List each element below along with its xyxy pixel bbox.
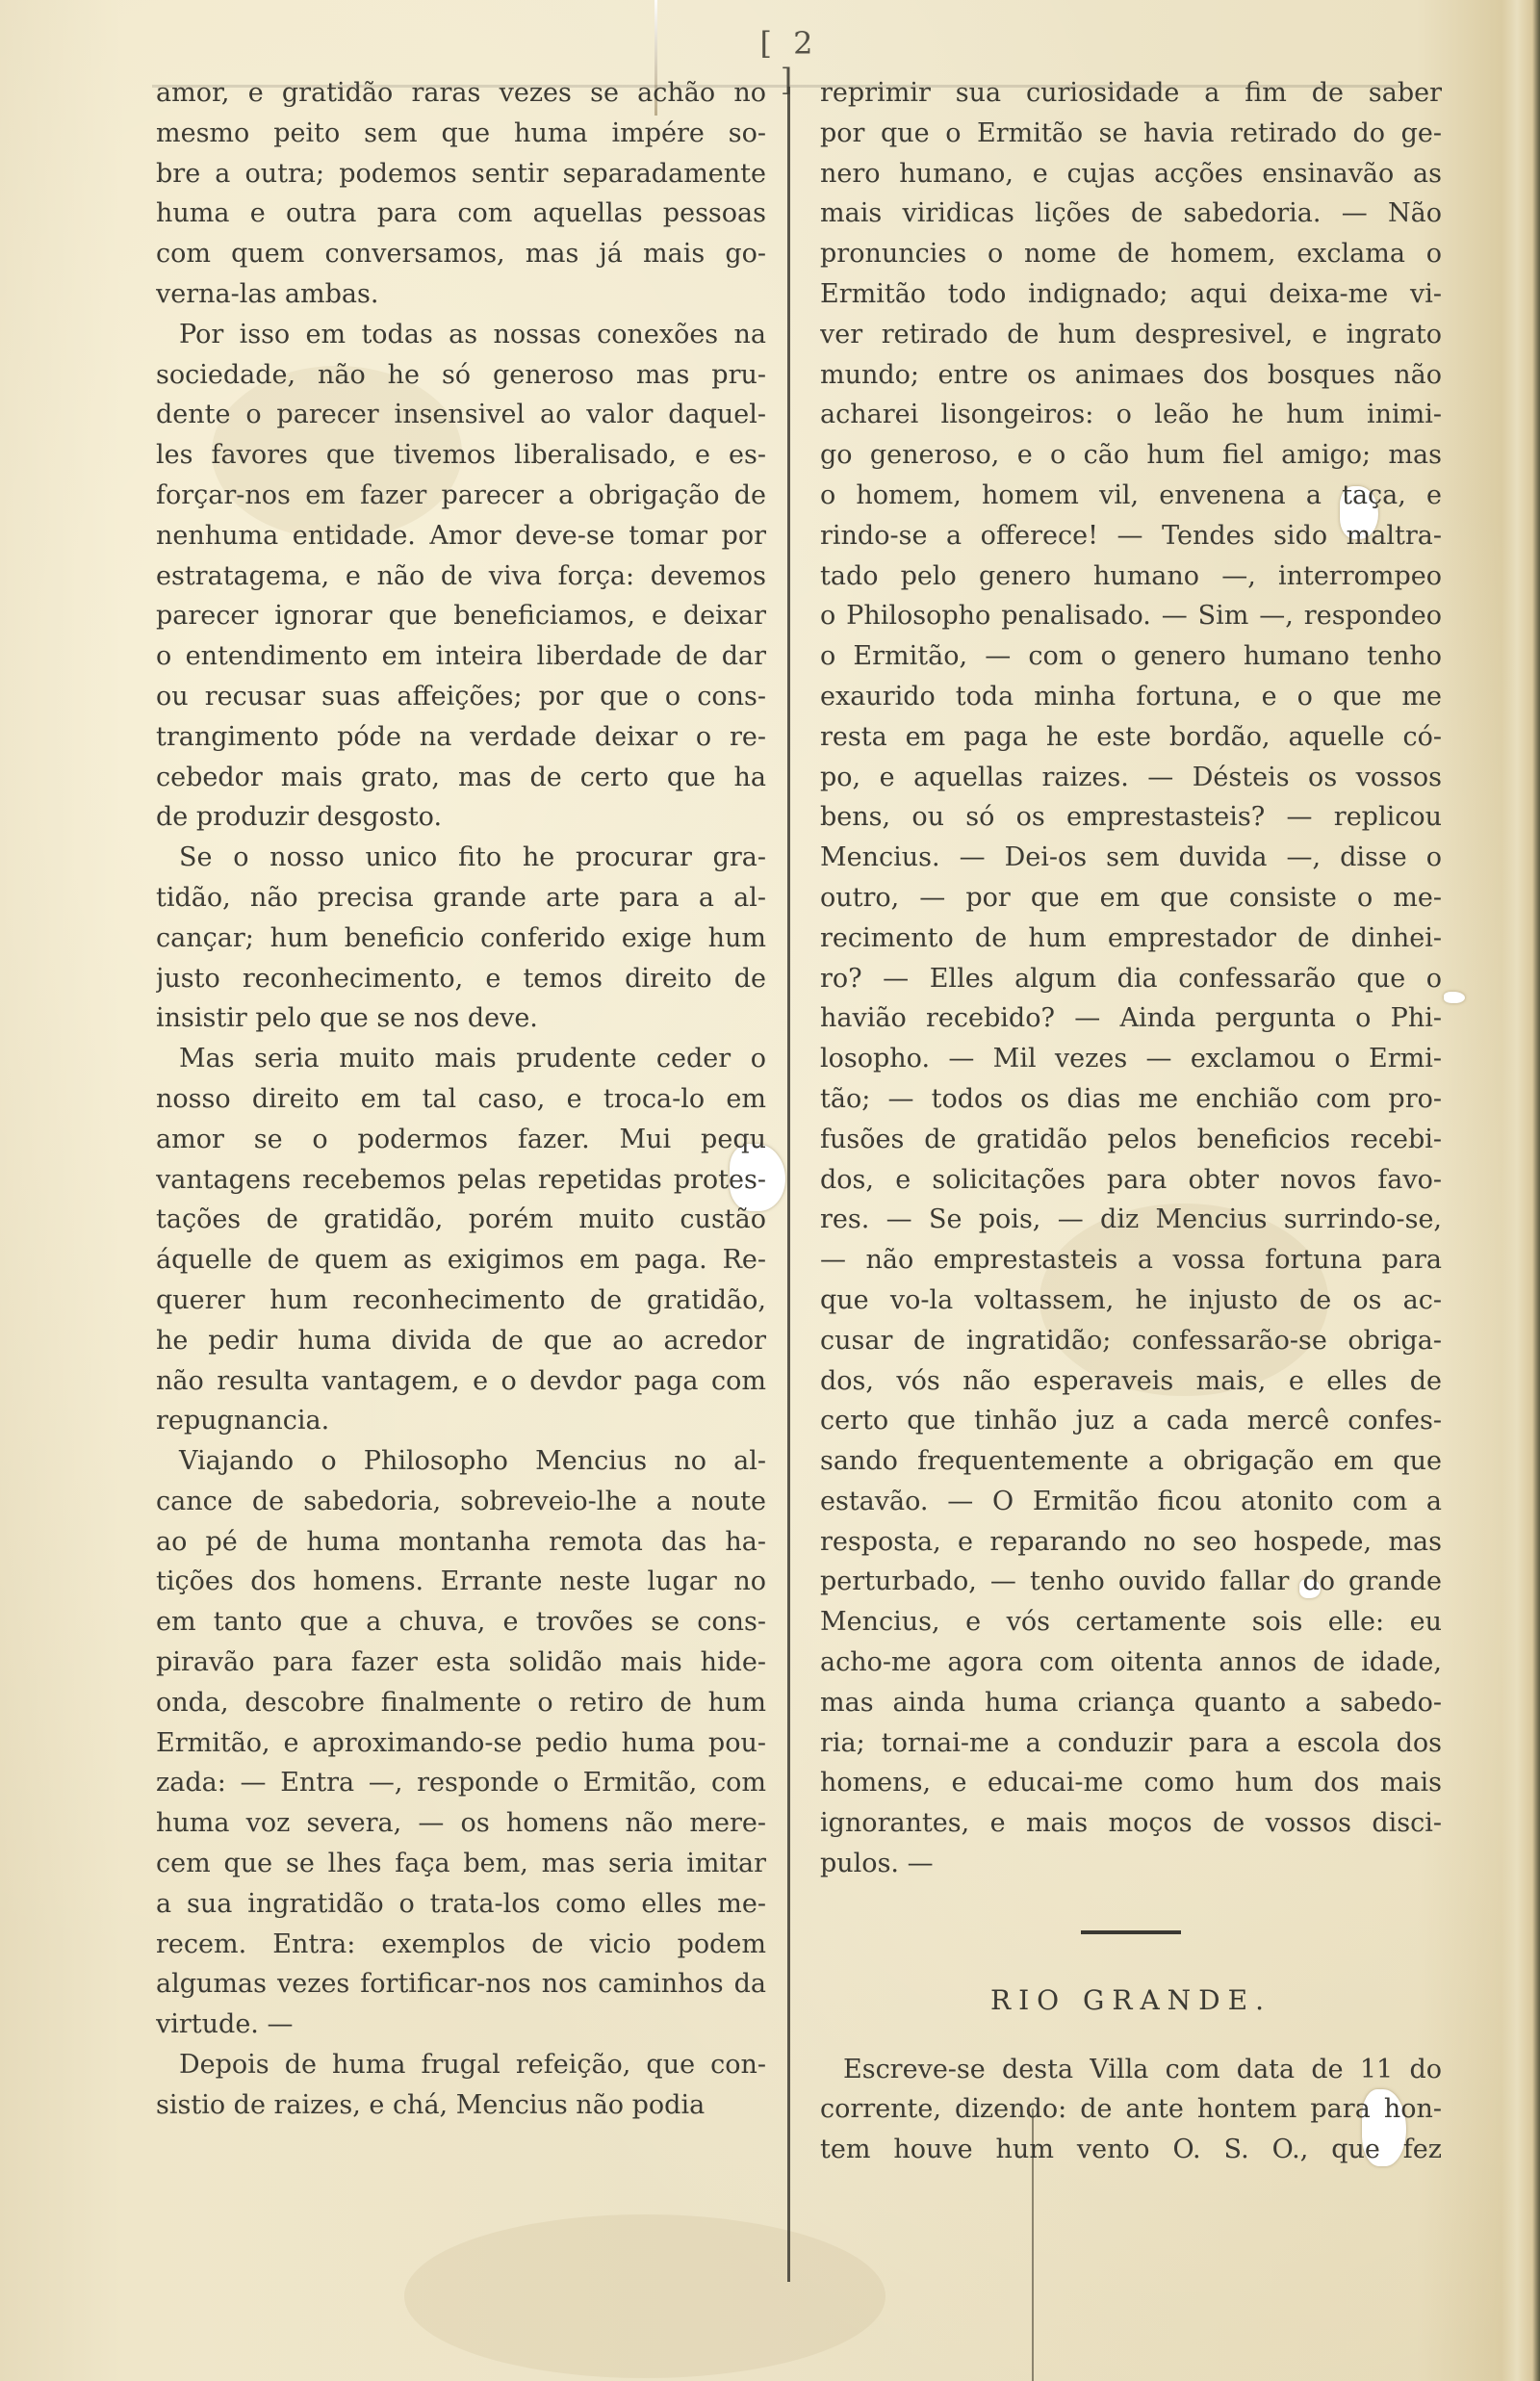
- column-divider: [787, 87, 790, 2282]
- text-line: trangimento póde na verdade deixar o re-: [156, 717, 766, 758]
- text-line: — não emprestasteis a vossa fortuna para: [820, 1240, 1442, 1281]
- text-line: cançar; hum beneficio conferido exige hu…: [156, 919, 766, 959]
- text-line: em tanto que a chuva, e trovões se cons-: [156, 1602, 766, 1643]
- section-heading: RIO GRANDE.: [820, 1980, 1442, 2021]
- text-line: tições dos homens. Errante neste lugar n…: [156, 1562, 766, 1602]
- text-line: amor se o podermos fazer. Mui pequ: [156, 1120, 766, 1160]
- text-line: dente o parecer insensivel ao valor daqu…: [156, 395, 766, 435]
- text-line: res. — Se pois, — diz Mencius surrindo-s…: [820, 1200, 1442, 1240]
- text-line: resta em paga he este bordão, aquelle có…: [820, 717, 1442, 758]
- text-line: Viajando o Philosopho Mencius no al-: [156, 1441, 766, 1482]
- text-line: les favores que tivemos liberalisado, e …: [156, 435, 766, 476]
- text-line: virtude. —: [156, 2005, 766, 2045]
- text-line: reprimir sua curiosidade a fim de saber: [820, 73, 1442, 114]
- text-line: ou recusar suas affeições; por que o con…: [156, 677, 766, 717]
- text-line: havião recebido? — Ainda pergunta o Phi-: [820, 998, 1442, 1039]
- text-line: tão; — todos os dias me enchião com pro-: [820, 1079, 1442, 1120]
- text-line: Ermitão todo indignado; aqui deixa-me vi…: [820, 274, 1442, 315]
- text-line: huma voz severa, — os homens não mere-: [156, 1803, 766, 1844]
- text-line: não resulta vantagem, e o devdor paga co…: [156, 1361, 766, 1402]
- text-line: por que o Ermitão se havia retirado do g…: [820, 114, 1442, 154]
- text-line: certo que tinhão juz a cada mercê confes…: [820, 1401, 1442, 1441]
- text-line: fusões de gratidão pelos beneficios rece…: [820, 1120, 1442, 1160]
- text-line: verna-las ambas.: [156, 274, 766, 315]
- text-line: insistir pelo que se nos deve.: [156, 998, 766, 1039]
- text-line: a sua ingratidão o trata-los como elles …: [156, 1884, 766, 1925]
- text-line: Mas seria muito mais prudente ceder o: [156, 1039, 766, 1079]
- text-line: outro, — por que em que consiste o me-: [820, 878, 1442, 919]
- text-line: estavão. — O Ermitão ficou atonito com a: [820, 1482, 1442, 1522]
- text-line: Depois de huma frugal refeição, que con-: [156, 2045, 766, 2085]
- text-line: ria; tornai-me a conduzir para a escola …: [820, 1723, 1442, 1764]
- text-line: go generoso, e o cão hum fiel amigo; mas: [820, 435, 1442, 476]
- text-line: cance de sabedoria, sobreveio-lhe a nout…: [156, 1482, 766, 1522]
- text-line: losopho. — Mil vezes — exclamou o Ermi-: [820, 1039, 1442, 1079]
- text-line: nenhuma entidade. Amor deve-se tomar por: [156, 516, 766, 556]
- section-body: Escreve-se desta Villa com data de 11 do…: [820, 2050, 1442, 2170]
- text-line: amor, e gratidão raras vezes se achão no: [156, 73, 766, 114]
- text-line: forçar-nos em fazer parecer a obrigação …: [156, 476, 766, 516]
- text-line: Por isso em todas as nossas conexões na: [156, 315, 766, 355]
- text-line: com quem conversamos, mas já mais go-: [156, 234, 766, 274]
- text-line: Mencius, e vós certamente sois elle: eu: [820, 1602, 1442, 1643]
- text-line: áquelle de quem as exigimos em paga. Re-: [156, 1240, 766, 1281]
- text-line: corrente, dizendo: de ante hontem para h…: [820, 2089, 1442, 2130]
- paper-hole: [1444, 992, 1465, 1003]
- text-line: homens, e educai-me como hum dos mais: [820, 1763, 1442, 1803]
- section-divider-rule: [1081, 1930, 1181, 1934]
- text-line: tem houve hum vento O. S. O., que fez: [820, 2130, 1442, 2170]
- text-line: mundo; entre os animaes dos bosques não: [820, 355, 1442, 396]
- text-line: pulos. —: [820, 1844, 1442, 1884]
- text-line: acho-me agora com oitenta annos de idade…: [820, 1643, 1442, 1683]
- text-line: o entendimento em inteira liberdade de d…: [156, 636, 766, 677]
- text-line: ver retirado de hum despresivel, e ingra…: [820, 315, 1442, 355]
- text-line: o Ermitão, — com o genero humano tenho: [820, 636, 1442, 677]
- text-line: dos, vós não esperaveis mais, e elles de: [820, 1361, 1442, 1402]
- text-line: ignorantes, e mais moços de vossos disci…: [820, 1803, 1442, 1844]
- text-line: exaurido toda minha fortuna, e o que me: [820, 677, 1442, 717]
- text-line: bre a outra; podemos sentir separadament…: [156, 154, 766, 194]
- text-line: he pedir huma divida de que ao acredor: [156, 1321, 766, 1361]
- text-line: po, e aquellas raizes. — Désteis os voss…: [820, 758, 1442, 798]
- text-line: zada: — Entra —, responde o Ermitão, com: [156, 1763, 766, 1803]
- text-line: nero humano, e cujas acções ensinavão as: [820, 154, 1442, 194]
- text-line: huma e outra para com aquellas pessoas: [156, 194, 766, 234]
- right-text-column: reprimir sua curiosidade a fim de saberp…: [820, 73, 1442, 2170]
- text-line: pronuncies o nome de homem, exclama o: [820, 234, 1442, 274]
- text-line: rindo-se a offerece! — Tendes sido maltr…: [820, 516, 1442, 556]
- text-line: mas ainda huma criança quanto a sabedo-: [820, 1683, 1442, 1723]
- text-line: cem que se lhes faça bem, mas seria imit…: [156, 1844, 766, 1884]
- page-edge-shadow: [1501, 0, 1540, 2381]
- text-line: Escreve-se desta Villa com data de 11 do: [820, 2050, 1442, 2090]
- text-line: piravão para fazer esta solidão mais hid…: [156, 1643, 766, 1683]
- text-line: recem. Entra: exemplos de vicio podem: [156, 1925, 766, 1965]
- text-line: justo reconhecimento, e temos direito de: [156, 959, 766, 999]
- text-line: tidão, não precisa grande arte para a al…: [156, 878, 766, 919]
- text-line: tações de gratidão, porém muito custão: [156, 1200, 766, 1240]
- text-line: acharei lisongeiros: o leão he hum inimi…: [820, 395, 1442, 435]
- text-line: sistio de raizes, e chá, Mencius não pod…: [156, 2085, 766, 2126]
- text-line: mesmo peito sem que huma impére so-: [156, 114, 766, 154]
- text-line: vantagens recebemos pelas repetidas prot…: [156, 1160, 766, 1201]
- left-text-column: amor, e gratidão raras vezes se achão no…: [156, 73, 766, 2126]
- text-line: tado pelo genero humano —, interrompeo: [820, 556, 1442, 597]
- text-line: repugnancia.: [156, 1401, 766, 1441]
- text-line: cebedor mais grato, mas de certo que ha: [156, 758, 766, 798]
- text-line: sociedade, não he só generoso mas pru-: [156, 355, 766, 396]
- article-continuation: reprimir sua curiosidade a fim de saberp…: [820, 73, 1442, 1884]
- text-line: o homem, homem vil, envenena a taça, e: [820, 476, 1442, 516]
- text-line: parecer ignorar que beneficiamos, e deix…: [156, 596, 766, 636]
- text-line: Mencius. — Dei-os sem duvida —, disse o: [820, 838, 1442, 878]
- text-line: sando frequentemente a obrigação em que: [820, 1441, 1442, 1482]
- text-line: ro? — Elles algum dia confessarão que o: [820, 959, 1442, 999]
- text-line: ao pé de huma montanha remota das ha-: [156, 1522, 766, 1563]
- text-line: Ermitão, e aproximando-se pedio huma pou…: [156, 1723, 766, 1764]
- text-line: de produzir desgosto.: [156, 797, 766, 838]
- text-line: o Philosopho penalisado. — Sim —, respon…: [820, 596, 1442, 636]
- text-line: que vo-la voltassem, he injusto de os ac…: [820, 1281, 1442, 1321]
- text-line: bens, ou só os emprestasteis? — replicou: [820, 797, 1442, 838]
- text-line: estratagema, e não de viva força: devemo…: [156, 556, 766, 597]
- text-line: dos, e solicitações para obter novos fav…: [820, 1160, 1442, 1201]
- text-line: cusar de ingratidão; confessarão-se obri…: [820, 1321, 1442, 1361]
- text-line: onda, descobre finalmente o retiro de hu…: [156, 1683, 766, 1723]
- text-line: querer hum reconhecimento de gratidão,: [156, 1281, 766, 1321]
- text-line: nosso direito em tal caso, e troca-lo em: [156, 1079, 766, 1120]
- text-line: resposta, e reparando no seo hospede, ma…: [820, 1522, 1442, 1563]
- text-line: algumas vezes fortificar-nos nos caminho…: [156, 1964, 766, 2005]
- text-line: mais viridicas lições de sabedoria. — Nã…: [820, 194, 1442, 234]
- paper-stain: [404, 2214, 885, 2378]
- text-line: Se o nosso unico fito he procurar gra-: [156, 838, 766, 878]
- text-line: recimento de hum emprestador de dinhei-: [820, 919, 1442, 959]
- text-line: perturbado, — tenho ouvido fallar do gra…: [820, 1562, 1442, 1602]
